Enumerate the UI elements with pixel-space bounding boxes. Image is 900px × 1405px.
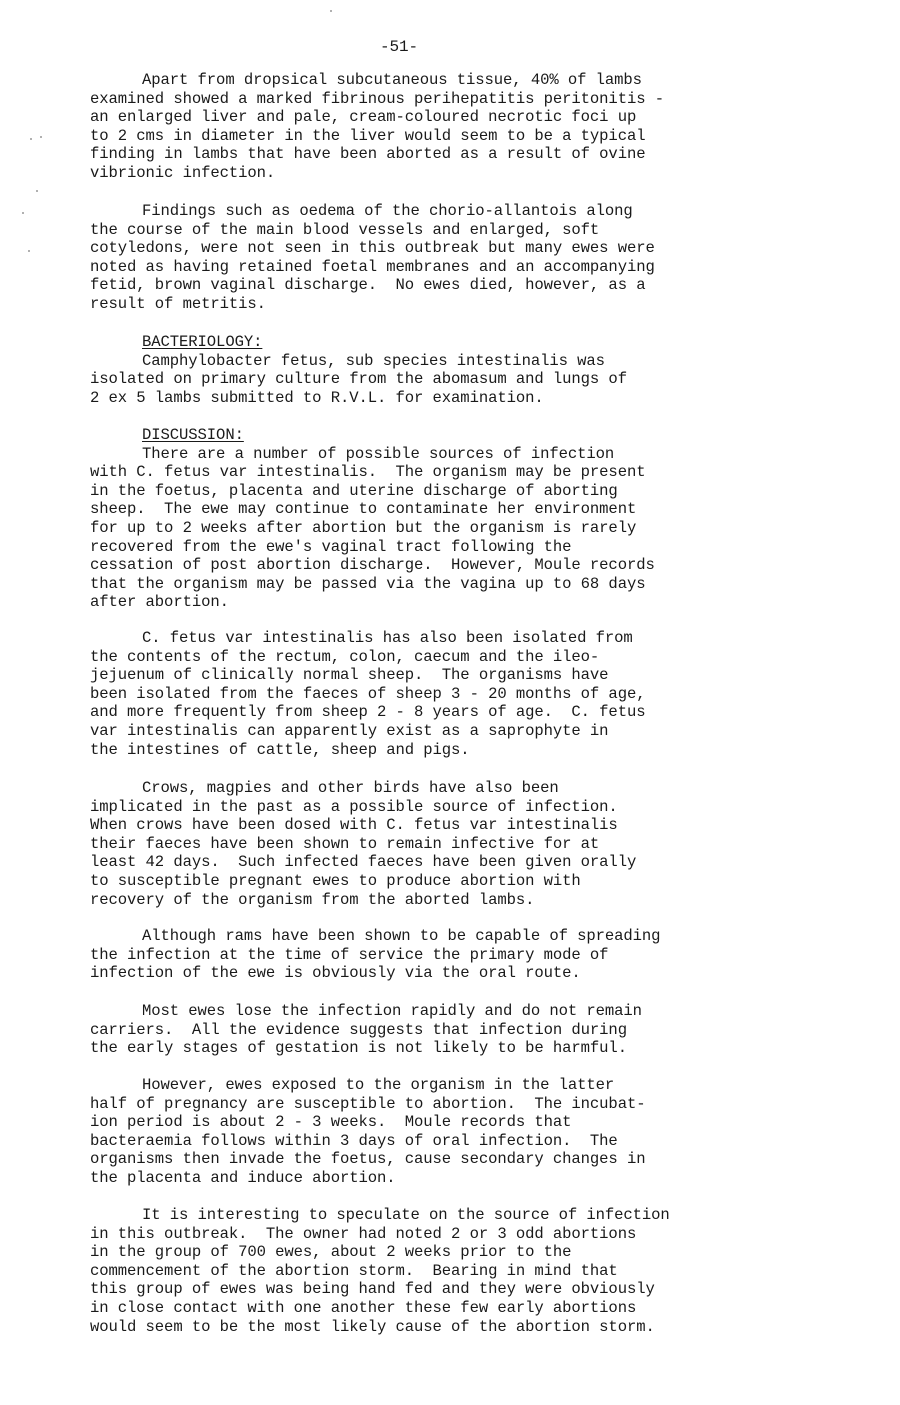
- text-line: least 42 days. Such infected faeces have…: [90, 853, 780, 872]
- page-number: -51-: [380, 38, 418, 56]
- paragraph-lamb-findings: Apart from dropsical subcutaneous tissue…: [90, 71, 780, 183]
- text-line: the intestines of cattle, sheep and pigs…: [90, 741, 780, 760]
- text-line: for up to 2 weeks after abortion but the…: [90, 519, 780, 538]
- text-line: the placenta and induce abortion.: [90, 1169, 780, 1188]
- text-line: to susceptible pregnant ewes to produce …: [90, 872, 780, 891]
- text-line: Crows, magpies and other birds have also…: [90, 779, 780, 798]
- text-line: There are a number of possible sources o…: [90, 445, 780, 464]
- text-line: jejuenum of clinically normal sheep. The…: [90, 666, 780, 685]
- text-line: result of metritis.: [90, 295, 780, 314]
- scan-speck: [28, 250, 30, 252]
- text-line: Most ewes lose the infection rapidly and…: [90, 1002, 780, 1021]
- text-line: the infection at the time of service the…: [90, 946, 780, 965]
- paragraph-pregnancy: However, ewes exposed to the organism in…: [90, 1076, 780, 1188]
- text-line: carriers. All the evidence suggests that…: [90, 1021, 780, 1040]
- text-line: finding in lambs that have been aborted …: [90, 145, 780, 164]
- text-line: cessation of post abortion discharge. Ho…: [90, 556, 780, 575]
- text-line: organisms then invade the foetus, cause …: [90, 1150, 780, 1169]
- text-line: bacteraemia follows within 3 days of ora…: [90, 1132, 780, 1151]
- text-line: in close contact with one another these …: [90, 1299, 780, 1318]
- text-line: after abortion.: [90, 593, 780, 612]
- text-line: Camphylobacter fetus, sub species intest…: [90, 352, 780, 371]
- paragraph-carriers: Most ewes lose the infection rapidly and…: [90, 1002, 780, 1058]
- text-line: var intestinalis can apparently exist as…: [90, 722, 780, 741]
- text-line: isolated on primary culture from the abo…: [90, 370, 780, 389]
- scan-speck: [330, 10, 332, 12]
- text-line: the course of the main blood vessels and…: [90, 221, 780, 240]
- scan-speck: [36, 190, 38, 192]
- text-line: in this outbreak. The owner had noted 2 …: [90, 1225, 780, 1244]
- text-line: However, ewes exposed to the organism in…: [90, 1076, 780, 1095]
- text-line: implicated in the past as a possible sou…: [90, 798, 780, 817]
- section-heading: DISCUSSION:: [90, 426, 780, 445]
- text-line: noted as having retained foetal membrane…: [90, 258, 780, 277]
- text-line: this group of ewes was being hand fed an…: [90, 1280, 780, 1299]
- paragraph-birds: Crows, magpies and other birds have also…: [90, 779, 780, 909]
- text-line: examined showed a marked fibrinous perih…: [90, 90, 780, 109]
- text-line: to 2 cms in diameter in the liver would …: [90, 127, 780, 146]
- text-line: sheep. The ewe may continue to contamina…: [90, 500, 780, 519]
- text-line: recovery of the organism from the aborte…: [90, 891, 780, 910]
- text-line: infection of the ewe is obviously via th…: [90, 964, 780, 983]
- text-line: in the group of 700 ewes, about 2 weeks …: [90, 1243, 780, 1262]
- paragraph-outbreak-source: It is interesting to speculate on the so…: [90, 1206, 780, 1336]
- text-line: ion period is about 2 - 3 weeks. Moule r…: [90, 1113, 780, 1132]
- text-line: Apart from dropsical subcutaneous tissue…: [90, 71, 780, 90]
- text-line: half of pregnancy are susceptible to abo…: [90, 1095, 780, 1114]
- text-line: the early stages of gestation is not lik…: [90, 1039, 780, 1058]
- text-line: in the foetus, placenta and uterine disc…: [90, 482, 780, 501]
- paragraph-ewe-findings: Findings such as oedema of the chorio-al…: [90, 202, 780, 314]
- section-bacteriology: BACTERIOLOGY: Camphylobacter fetus, sub …: [90, 333, 780, 407]
- text-line: would seem to be the most likely cause o…: [90, 1318, 780, 1337]
- text-line: been isolated from the faeces of sheep 3…: [90, 685, 780, 704]
- text-line: C. fetus var intestinalis has also been …: [90, 629, 780, 648]
- paragraph-rams: Although rams have been shown to be capa…: [90, 927, 780, 983]
- scan-speck: [30, 138, 32, 140]
- scan-speck: [22, 212, 24, 214]
- document-page: -51- Apart from dropsical subcutaneous t…: [0, 0, 900, 1405]
- text-line: fetid, brown vaginal discharge. No ewes …: [90, 276, 780, 295]
- text-line: It is interesting to speculate on the so…: [90, 1206, 780, 1225]
- text-line: an enlarged liver and pale, cream-colour…: [90, 108, 780, 127]
- text-line: recovered from the ewe's vaginal tract f…: [90, 538, 780, 557]
- text-line: When crows have been dosed with C. fetus…: [90, 816, 780, 835]
- text-line: Findings such as oedema of the chorio-al…: [90, 202, 780, 221]
- text-line: with C. fetus var intestinalis. The orga…: [90, 463, 780, 482]
- scan-speck: [40, 136, 42, 138]
- text-line: the contents of the rectum, colon, caecu…: [90, 648, 780, 667]
- text-line: and more frequently from sheep 2 - 8 yea…: [90, 703, 780, 722]
- text-line: their faeces have been shown to remain i…: [90, 835, 780, 854]
- text-line: commencement of the abortion storm. Bear…: [90, 1262, 780, 1281]
- text-line: cotyledons, were not seen in this outbre…: [90, 239, 780, 258]
- text-line: 2 ex 5 lambs submitted to R.V.L. for exa…: [90, 389, 780, 408]
- paragraph-intestinal-isolation: C. fetus var intestinalis has also been …: [90, 629, 780, 759]
- text-line: vibrionic infection.: [90, 164, 780, 183]
- section-heading: BACTERIOLOGY:: [90, 333, 780, 352]
- text-line: Although rams have been shown to be capa…: [90, 927, 780, 946]
- section-discussion: DISCUSSION: There are a number of possib…: [90, 426, 780, 612]
- text-line: that the organism may be passed via the …: [90, 575, 780, 594]
